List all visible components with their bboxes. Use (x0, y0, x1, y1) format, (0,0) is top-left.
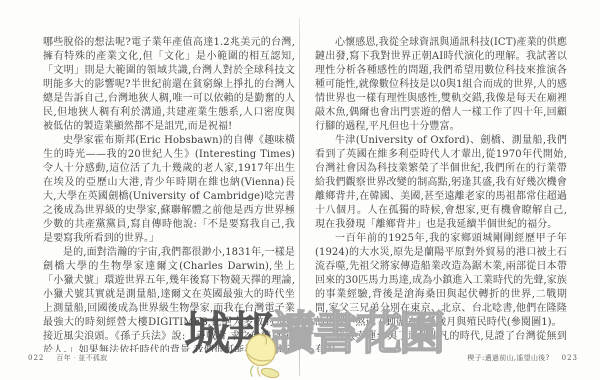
left-page-number: 022 (28, 354, 44, 362)
page-gutter-divider (299, 18, 300, 376)
body-paragraph: 史學家霍布斯邦(Eric Hobsbawn)的自傳《趣味橫生的時光——我的20世… (43, 134, 295, 246)
left-page-footer: 022百年‧並不孤寂 (28, 354, 107, 363)
body-paragraph: 心懷感恩,我從全球資訊與通訊科技(ICT)產業的供應鏈出發,寫下我對世界正朝AI… (315, 36, 567, 134)
body-paragraph: 哪些脫俗的想法呢?電子業年產值高達1.2兆美元的台灣,擁有特殊的產業文化,但「文… (43, 36, 295, 134)
book-scan-spread: 哪些脫俗的想法呢?電子業年產值高達1.2兆美元的台灣,擁有特殊的產業文化,但「文… (0, 0, 600, 380)
body-paragraph: 一百年前的1925年,我的家鄉頭城剛剛經歷甲子年(1924)的大水災,原先是蘭陽… (315, 232, 567, 330)
body-paragraph: 牛津(University of Oxford)、劍橋、測量船,我們看到了英國在… (315, 134, 567, 232)
right-page: 心懷感恩,我從全球資訊與通訊科技(ICT)產業的供應鏈出發,寫下我對世界正朝AI… (315, 36, 567, 352)
chapter-title: 楔子:邁過前山,遙望山後? (467, 354, 549, 362)
running-title: 百年‧並不孤寂 (56, 354, 107, 362)
right-page-number: 023 (562, 354, 578, 362)
left-page: 哪些脫俗的想法呢?電子業年產值高達1.2兆美元的台灣,擁有特殊的產業文化,但「文… (43, 36, 295, 352)
right-page-footer: 楔子:邁過前山,遙望山後?023 (467, 354, 578, 363)
body-paragraph: 是的,面對浩瀚的宇宙,我們都很渺小,1831年,一樣是劍橋大學的生物學家達爾文(… (43, 246, 295, 352)
body-paragraph: 我很幸運參與了這個非凡的時代,見證了台灣從無到有的 (315, 330, 567, 352)
